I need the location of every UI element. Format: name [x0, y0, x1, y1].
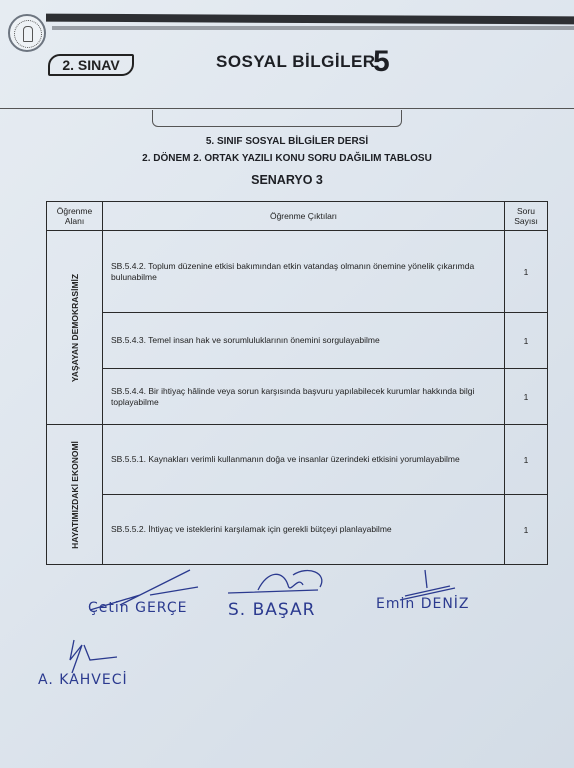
table-row: SB.5.4.4. Bir ihtiyaç hâlinde veya sorun…: [47, 369, 548, 425]
meb-emblem-icon: [8, 14, 46, 52]
count-cell: 1: [505, 369, 548, 425]
header-outcomes: Öğrenme Çıktıları: [103, 202, 505, 231]
subject-title: SOSYAL BİLGİLER: [216, 52, 376, 72]
table-row: SB.5.5.2. İhtiyaç ve isteklerini karşıla…: [47, 495, 548, 565]
table-row: HAYATIMIZDAKİ EKONOMİ SB.5.5.1. Kaynakla…: [47, 425, 548, 495]
signature-name: A. KAHVECİ: [38, 672, 128, 688]
outcome-cell: SB.5.4.3. Temel insan hak ve sorumlulukl…: [103, 313, 505, 369]
table-title: 2. DÖNEM 2. ORTAK YAZILI KONU SORU DAĞIL…: [0, 153, 574, 164]
distribution-table: ÖğrenmeAlanı Öğrenme Çıktıları SoruSayıs…: [46, 201, 548, 565]
outcome-cell: SB.5.4.4. Bir ihtiyaç hâlinde veya sorun…: [103, 369, 505, 425]
header-count: SoruSayısı: [505, 202, 548, 231]
course-title: 5. SINIF SOSYAL BİLGİLER DERSİ: [0, 136, 574, 147]
divider: [0, 108, 574, 109]
count-cell: 1: [505, 313, 548, 369]
area-cell: YAŞAYAN DEMOKRASİMİZ: [47, 231, 103, 425]
grade-number: 5: [373, 45, 390, 79]
count-cell: 1: [505, 231, 548, 313]
scenario-title: SENARYO 3: [0, 173, 574, 187]
header-area: ÖğrenmeAlanı: [47, 202, 103, 231]
signature-name: S. BAŞAR: [228, 600, 315, 620]
outcome-cell: SB.5.5.2. İhtiyaç ve isteklerini karşıla…: [103, 495, 505, 565]
divider-tab: [152, 110, 402, 127]
signature-name: Emin DENİZ: [376, 596, 470, 612]
header-bar-secondary: [52, 26, 574, 30]
outcome-cell: SB.5.4.2. Toplum düzenine etkisi bakımın…: [103, 231, 505, 313]
count-cell: 1: [505, 425, 548, 495]
area-cell: HAYATIMIZDAKİ EKONOMİ: [47, 425, 103, 565]
signature-name: Çetin GERÇE: [88, 600, 187, 616]
table-header-row: ÖğrenmeAlanı Öğrenme Çıktıları SoruSayıs…: [47, 202, 548, 231]
exam-label: 2. SINAV: [48, 54, 134, 76]
count-cell: 1: [505, 495, 548, 565]
header-bar: [46, 14, 574, 25]
signature-scribble-icon: [62, 635, 122, 675]
outcome-cell: SB.5.5.1. Kaynakları verimli kullanmanın…: [103, 425, 505, 495]
table-row: SB.5.4.3. Temel insan hak ve sorumlulukl…: [47, 313, 548, 369]
table-row: YAŞAYAN DEMOKRASİMİZ SB.5.4.2. Toplum dü…: [47, 231, 548, 313]
